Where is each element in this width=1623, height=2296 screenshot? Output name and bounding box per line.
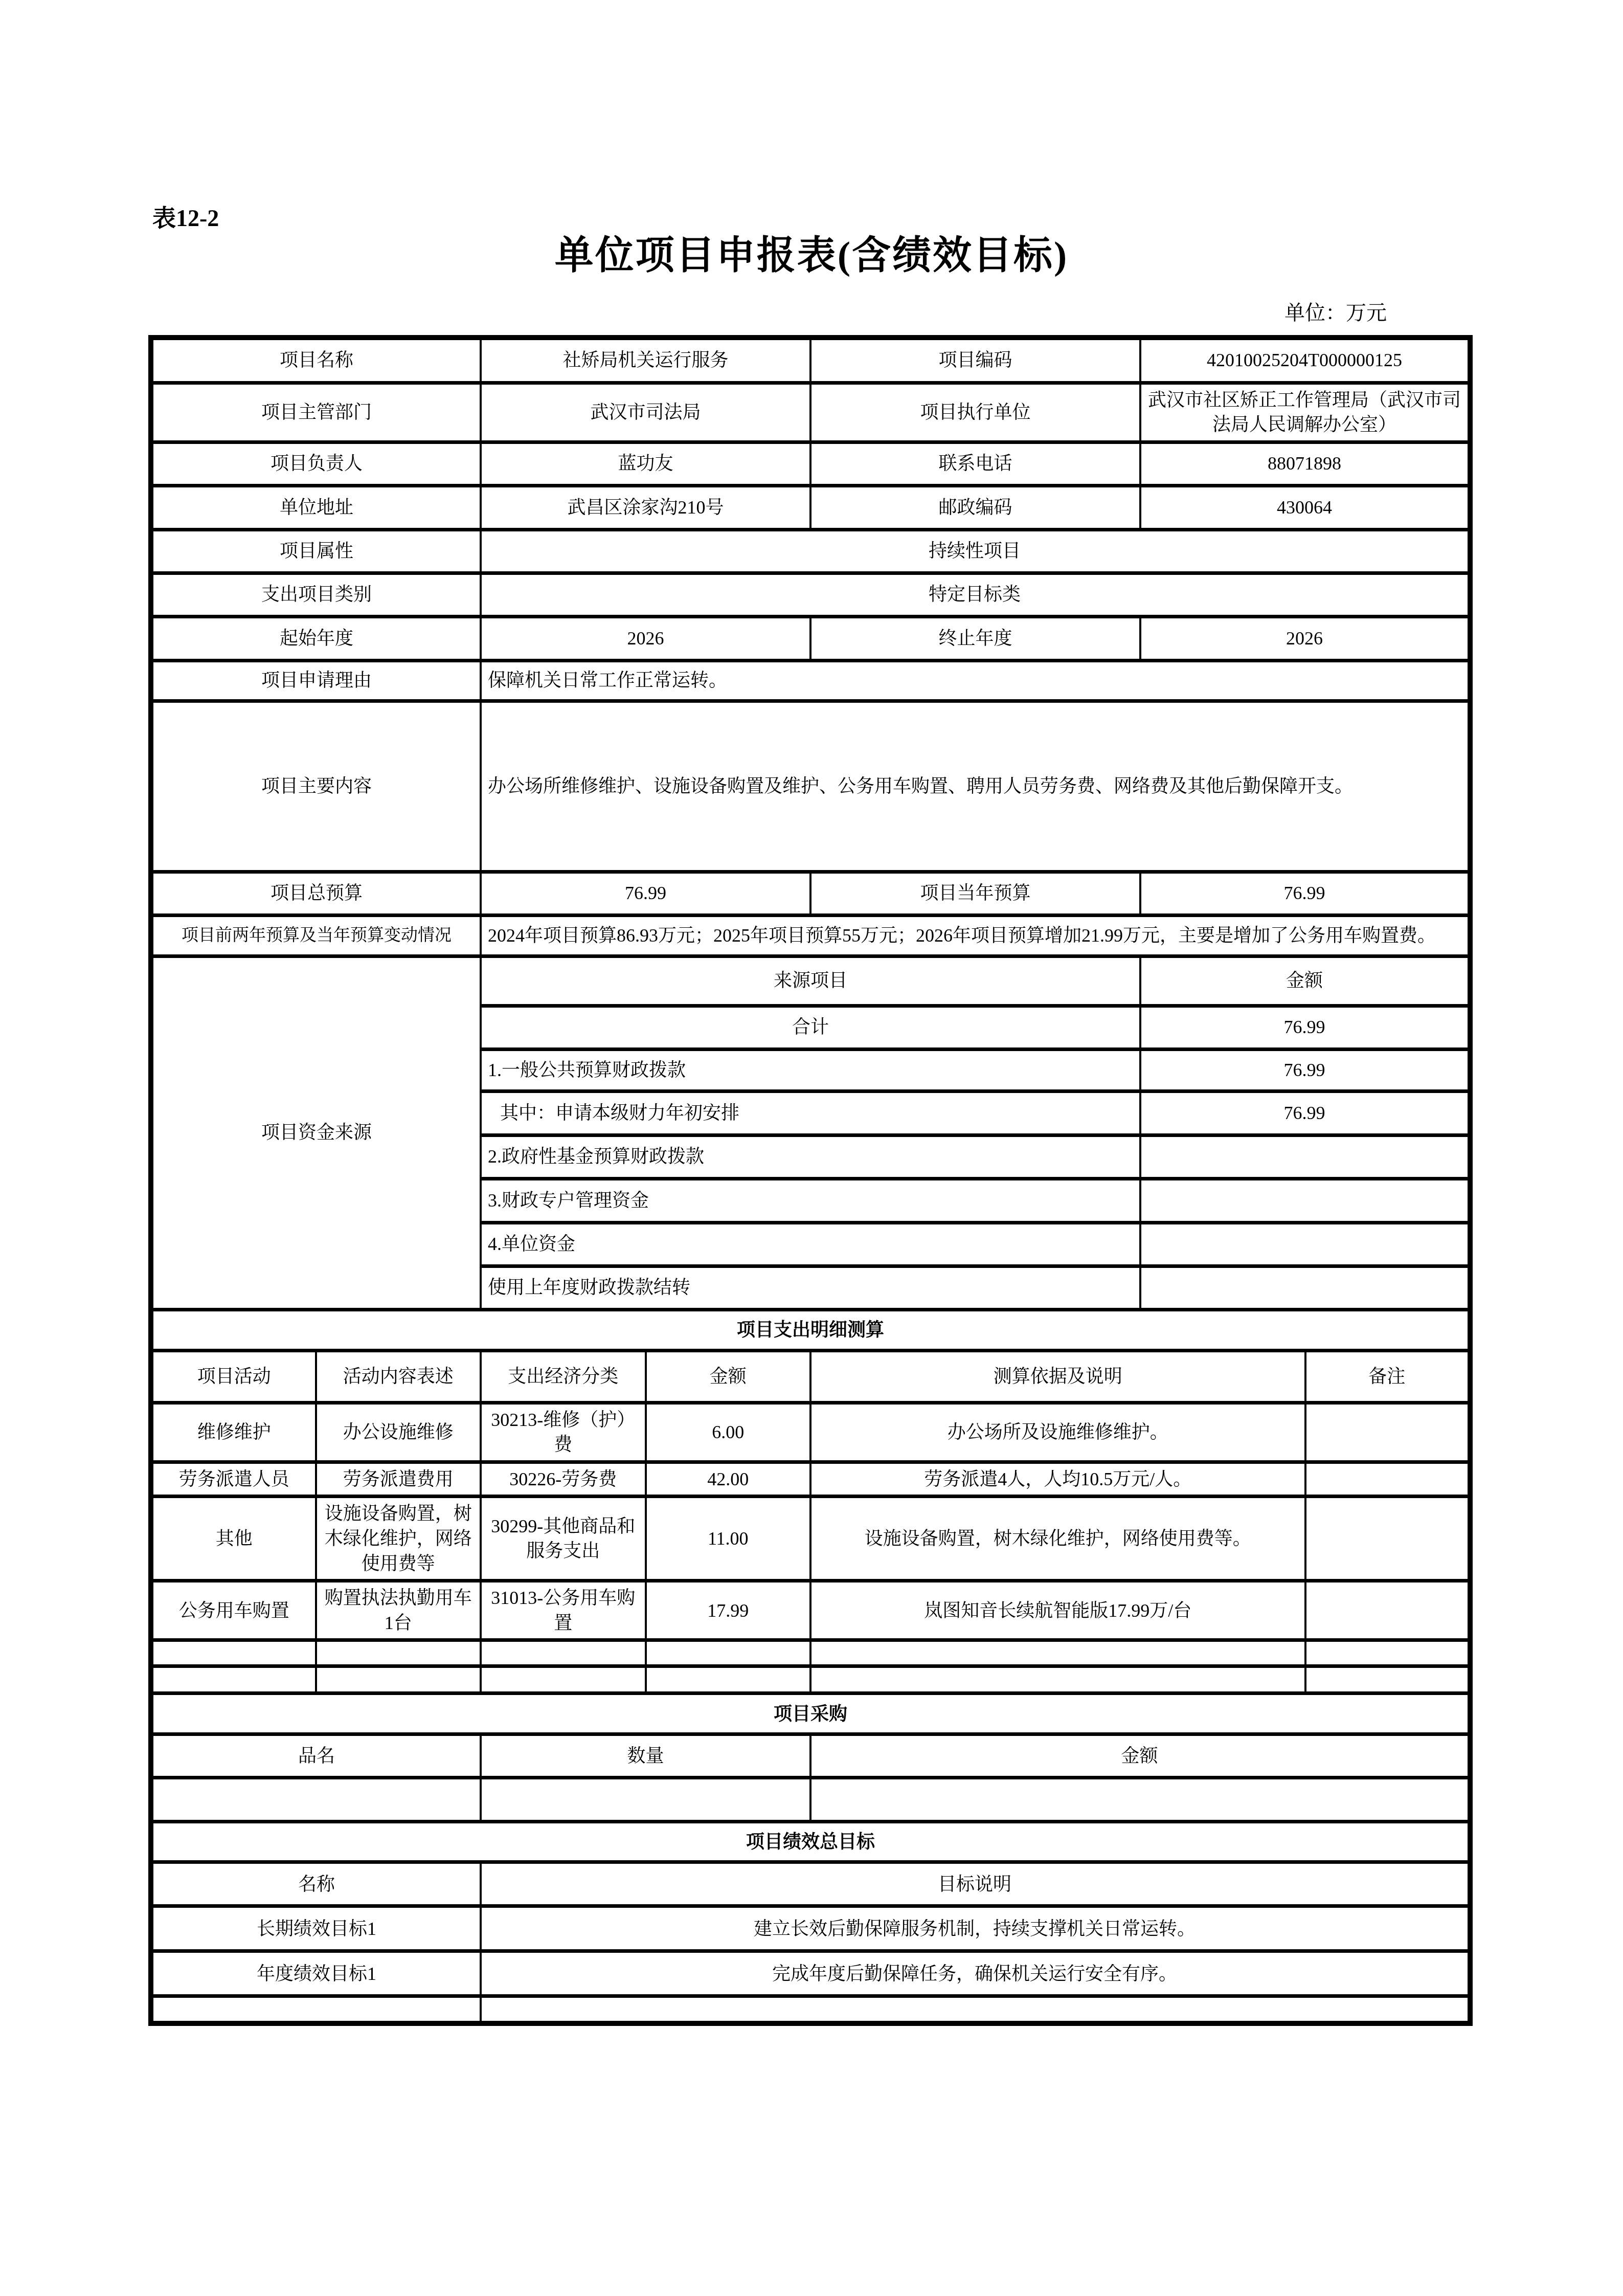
funding-amount-header: 金额 [1140, 956, 1470, 1006]
expense-row-1: 维修维护 办公设施维修 30213-维修（护）费 6.00 办公场所及设施维修维… [151, 1402, 1470, 1462]
row-address: 单位地址 武昌区涂家沟210号 邮政编码 430064 [151, 485, 1470, 529]
expense-2-activity: 劳务派遣人员 [151, 1462, 316, 1497]
row-dept: 项目主管部门 武汉市司法局 项目执行单位 武汉市社区矫正工作管理局（武汉市司法局… [151, 383, 1470, 442]
expense-empty-cell [646, 1666, 811, 1693]
row-budget: 项目总预算 76.99 项目当年预算 76.99 [151, 872, 1470, 915]
row-procurement-title: 项目采购 [151, 1693, 1470, 1734]
procurement-empty-row [151, 1778, 1470, 1822]
performance-1-desc: 建立长效后勤保障服务机制，持续支撑机关日常运转。 [481, 1906, 1470, 1951]
total-budget-label: 项目总预算 [151, 872, 481, 915]
funding-total-amount: 76.99 [1140, 1006, 1470, 1049]
row-procurement-headers: 品名 数量 金额 [151, 1734, 1470, 1778]
expense-3-amount: 11.00 [646, 1497, 811, 1581]
phone-label: 联系电话 [810, 442, 1140, 485]
funding-item-carryover-amount [1140, 1266, 1470, 1309]
expense-empty-row-2 [151, 1666, 1470, 1693]
end-year-label: 终止年度 [810, 616, 1140, 660]
expense-row-4: 公务用车购置 购置执法执勤用车1台 31013-公务用车购置 17.99 岚图知… [151, 1581, 1470, 1640]
year-budget-value: 76.99 [1140, 872, 1470, 915]
expense-4-basis: 岚图知音长续航智能版17.99万/台 [810, 1581, 1305, 1640]
expense-3-activity: 其他 [151, 1497, 316, 1581]
expense-empty-cell [151, 1640, 316, 1666]
performance-section-title: 项目绩效总目标 [151, 1822, 1470, 1862]
project-name-value: 社矫局机关运行服务 [481, 338, 810, 383]
funding-item-carryover: 使用上年度财政拨款结转 [481, 1266, 1140, 1309]
reason-value: 保障机关日常工作正常运转。 [481, 660, 1470, 701]
row-expense-title: 项目支出明细测算 [151, 1309, 1470, 1350]
expense-1-content: 办公设施维修 [316, 1402, 481, 1462]
leader-value: 蓝功友 [481, 442, 810, 485]
procurement-col-qty: 数量 [481, 1734, 810, 1778]
performance-empty-cell [151, 1996, 481, 2023]
expense-row-2: 劳务派遣人员 劳务派遣费用 30226-劳务费 42.00 劳务派遣4人，人均1… [151, 1462, 1470, 1497]
expense-2-content: 劳务派遣费用 [316, 1462, 481, 1497]
funding-item-3-amount [1140, 1178, 1470, 1222]
phone-value: 88071898 [1140, 442, 1470, 485]
exec-unit-value: 武汉市社区矫正工作管理局（武汉市司法局人民调解办公室） [1140, 383, 1470, 442]
funding-item-4: 4.单位资金 [481, 1222, 1140, 1266]
performance-2-name: 年度绩效目标1 [151, 1951, 481, 1996]
expense-4-activity: 公务用车购置 [151, 1581, 316, 1640]
category-label: 支出项目类别 [151, 573, 481, 616]
budget-change-label: 项目前两年预算及当年预算变动情况 [151, 915, 481, 956]
total-budget-value: 76.99 [481, 872, 810, 915]
performance-col-desc: 目标说明 [481, 1862, 1470, 1906]
expense-1-note [1305, 1402, 1471, 1462]
project-code-label: 项目编码 [810, 338, 1140, 383]
unit-note: 单位：万元 [1284, 297, 1387, 326]
start-year-label: 起始年度 [151, 616, 481, 660]
expense-empty-cell [646, 1640, 811, 1666]
dept-value: 武汉市司法局 [481, 383, 810, 442]
expense-empty-cell [1305, 1666, 1471, 1693]
funding-item-1-amount: 76.99 [1140, 1049, 1470, 1091]
year-budget-label: 项目当年预算 [810, 872, 1140, 915]
row-leader: 项目负责人 蓝功友 联系电话 88071898 [151, 442, 1470, 485]
procurement-empty-cell [151, 1778, 481, 1822]
funding-item-2: 2.政府性基金预算财政拨款 [481, 1135, 1140, 1178]
main-content-value: 办公场所维修维护、设施设备购置及维护、公务用车购置、聘用人员劳务费、网络费及其他… [481, 701, 1470, 872]
project-name-label: 项目名称 [151, 338, 481, 383]
end-year-value: 2026 [1140, 616, 1470, 660]
expense-empty-cell [316, 1666, 481, 1693]
funding-item-1: 1.一般公共预算财政拨款 [481, 1049, 1140, 1091]
row-reason: 项目申请理由 保障机关日常工作正常运转。 [151, 660, 1470, 701]
attribute-label: 项目属性 [151, 529, 481, 573]
performance-2-desc: 完成年度后勤保障任务，确保机关运行安全有序。 [481, 1951, 1470, 1996]
leader-label: 项目负责人 [151, 442, 481, 485]
expense-col-amount: 金额 [646, 1350, 811, 1402]
address-label: 单位地址 [151, 485, 481, 529]
attribute-value: 持续性项目 [481, 529, 1470, 573]
procurement-col-item: 品名 [151, 1734, 481, 1778]
expense-empty-cell [151, 1666, 316, 1693]
expense-empty-cell [810, 1640, 1305, 1666]
funding-item-4-amount [1140, 1222, 1470, 1266]
expense-3-note [1305, 1497, 1471, 1581]
performance-row-1: 长期绩效目标1 建立长效后勤保障服务机制，持续支撑机关日常运转。 [151, 1906, 1470, 1951]
address-value: 武昌区涂家沟210号 [481, 485, 810, 529]
performance-col-name: 名称 [151, 1862, 481, 1906]
expense-col-category: 支出经济分类 [481, 1350, 646, 1402]
main-content-label: 项目主要内容 [151, 701, 481, 872]
expense-4-amount: 17.99 [646, 1581, 811, 1640]
postcode-label: 邮政编码 [810, 485, 1140, 529]
row-budget-change: 项目前两年预算及当年预算变动情况 2024年项目预算86.93万元；2025年项… [151, 915, 1470, 956]
expense-3-basis: 设施设备购置，树木绿化维护，网络使用费等。 [810, 1497, 1305, 1581]
procurement-section-title: 项目采购 [151, 1693, 1470, 1734]
procurement-empty-cell [810, 1778, 1470, 1822]
budget-change-value: 2024年项目预算86.93万元；2025年项目预算55万元；2026年项目预算… [481, 915, 1470, 956]
expense-1-category: 30213-维修（护）费 [481, 1402, 646, 1462]
funding-total-label: 合计 [481, 1006, 1140, 1049]
category-value: 特定目标类 [481, 573, 1470, 616]
row-performance-title: 项目绩效总目标 [151, 1822, 1470, 1862]
row-funding-header: 项目资金来源 来源项目 金额 [151, 956, 1470, 1006]
funding-label: 项目资金来源 [151, 956, 481, 1309]
project-code-value: 42010025204T000000125 [1140, 338, 1470, 383]
start-year-value: 2026 [481, 616, 810, 660]
expense-empty-cell [481, 1666, 646, 1693]
expense-3-category: 30299-其他商品和服务支出 [481, 1497, 646, 1581]
procurement-empty-cell [481, 1778, 810, 1822]
funding-source-header: 来源项目 [481, 956, 1140, 1006]
project-declaration-table: 项目名称 社矫局机关运行服务 项目编码 42010025204T00000012… [148, 335, 1473, 2026]
expense-col-activity: 项目活动 [151, 1350, 316, 1402]
expense-4-category: 31013-公务用车购置 [481, 1581, 646, 1640]
row-years: 起始年度 2026 终止年度 2026 [151, 616, 1470, 660]
row-expense-headers: 项目活动 活动内容表述 支出经济分类 金额 测算依据及说明 备注 [151, 1350, 1470, 1402]
expense-empty-cell [481, 1640, 646, 1666]
expense-empty-cell [810, 1666, 1305, 1693]
performance-row-2: 年度绩效目标1 完成年度后勤保障任务，确保机关运行安全有序。 [151, 1951, 1470, 1996]
expense-empty-row-1 [151, 1640, 1470, 1666]
funding-item-sub: 其中：申请本级财力年初安排 [481, 1091, 1140, 1135]
expense-4-content: 购置执法执勤用车1台 [316, 1581, 481, 1640]
expense-col-note: 备注 [1305, 1350, 1471, 1402]
expense-empty-cell [1305, 1640, 1471, 1666]
expense-section-title: 项目支出明细测算 [151, 1309, 1470, 1350]
performance-empty-cell [481, 1996, 1470, 2023]
row-performance-headers: 名称 目标说明 [151, 1862, 1470, 1906]
expense-col-basis: 测算依据及说明 [810, 1350, 1305, 1402]
expense-1-amount: 6.00 [646, 1402, 811, 1462]
performance-1-name: 长期绩效目标1 [151, 1906, 481, 1951]
funding-item-3: 3.财政专户管理资金 [481, 1178, 1140, 1222]
row-project-name: 项目名称 社矫局机关运行服务 项目编码 42010025204T00000012… [151, 338, 1470, 383]
funding-item-sub-amount: 76.99 [1140, 1091, 1470, 1135]
expense-2-basis: 劳务派遣4人，人均10.5万元/人。 [810, 1462, 1305, 1497]
page-title: 单位项目申报表(含绩效目标) [0, 224, 1623, 280]
expense-4-note [1305, 1581, 1471, 1640]
reason-label: 项目申请理由 [151, 660, 481, 701]
row-category: 支出项目类别 特定目标类 [151, 573, 1470, 616]
expense-row-3: 其他 设施设备购置，树木绿化维护，网络使用费等 30299-其他商品和服务支出 … [151, 1497, 1470, 1581]
performance-empty-row [151, 1996, 1470, 2023]
postcode-value: 430064 [1140, 485, 1470, 529]
expense-2-amount: 42.00 [646, 1462, 811, 1497]
expense-1-activity: 维修维护 [151, 1402, 316, 1462]
procurement-col-amount: 金额 [810, 1734, 1470, 1778]
row-attribute: 项目属性 持续性项目 [151, 529, 1470, 573]
dept-label: 项目主管部门 [151, 383, 481, 442]
funding-item-2-amount [1140, 1135, 1470, 1178]
expense-3-content: 设施设备购置，树木绿化维护，网络使用费等 [316, 1497, 481, 1581]
row-main-content: 项目主要内容 办公场所维修维护、设施设备购置及维护、公务用车购置、聘用人员劳务费… [151, 701, 1470, 872]
expense-2-category: 30226-劳务费 [481, 1462, 646, 1497]
expense-col-content: 活动内容表述 [316, 1350, 481, 1402]
expense-2-note [1305, 1462, 1471, 1497]
exec-unit-label: 项目执行单位 [810, 383, 1140, 442]
expense-empty-cell [316, 1640, 481, 1666]
expense-1-basis: 办公场所及设施维修维护。 [810, 1402, 1305, 1462]
